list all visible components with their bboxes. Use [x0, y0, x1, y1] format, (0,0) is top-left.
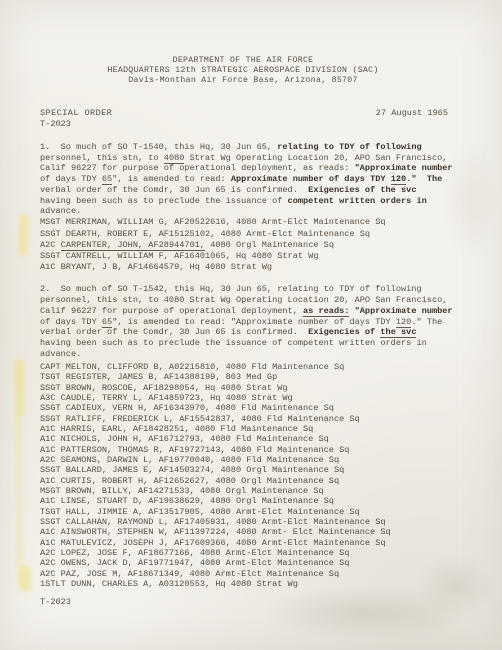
- roster-entry: SSGT CALLAHAN, RAYMOND L, AF17405931, 40…: [40, 517, 460, 527]
- paragraph-line: verbal order of the Comdr, 30 Jun 65 is …: [40, 327, 460, 338]
- paragraph-line: advance.: [40, 206, 460, 217]
- document-header: DEPARTMENT OF THE AIR FORCE HEADQUARTERS…: [0, 56, 486, 85]
- roster-entry: 1STLT DUNN, CHARLES A, A03120553, Hq 408…: [40, 579, 460, 589]
- document-body: 1. So much of SO T-1540, this Hq, 30 Jun…: [40, 142, 460, 589]
- roster-entry: TSGT REGISTER, JAMES B, AF14388199, 803 …: [40, 372, 460, 382]
- header-department: DEPARTMENT OF THE AIR FORCE: [0, 56, 486, 66]
- paragraph-line: 2. So much of SO T-1542, this Hq, 30 Jun…: [40, 284, 460, 295]
- paragraph-2: 2. So much of SO T-1542, this Hq, 30 Jun…: [40, 284, 460, 359]
- highlighter-mark: [17, 359, 25, 417]
- roster-entry: SSGT BROWN, ROSCOE, AF18298054, Hq 4080 …: [40, 383, 460, 393]
- roster-entry: A2C SEAMONS, DARWIN L, AF19770040, 4080 …: [40, 455, 460, 465]
- roster-entry: SSGT DEARTH, ROBERT E, AF15125102, 4080 …: [40, 229, 460, 240]
- roster-entry: A1C AINSWORTH, STEPHEN W, AF11397224, 40…: [40, 527, 460, 537]
- roster-entry: SSGT RATLIFF, FREDERICK L, AF15542837, 4…: [40, 414, 460, 424]
- scan-smudge: [260, 585, 470, 640]
- paragraph-line: of days TDY 65", is amended to read: "Ap…: [40, 317, 460, 328]
- roster-entry: A2C CARPENTER, JOHN, AF28944701, 4080 Or…: [40, 240, 460, 251]
- roster-entry: A1C NICHOLS, JOHN H, AF16712793, 4080 Fl…: [40, 434, 460, 444]
- page-footer-order-number: T-2023: [40, 597, 71, 607]
- header-base-address: Davis-Monthan Air Force Base, Arizona, 8…: [0, 76, 486, 86]
- roster-entry: A1C PATTERSON, THOMAS R, AF19727143, 408…: [40, 445, 460, 455]
- paragraph-line: of days TDY 65", is amended to read: App…: [40, 174, 460, 185]
- roster-entry: A1C MATULEVICZ, JOSEPH J, AF17609366, 40…: [40, 538, 460, 548]
- paragraph-line: Calif 96227 for purpose of operational d…: [40, 163, 460, 174]
- roster-entry: A3C CAUDLE, TERRY L, AF14859723, Hq 4080…: [40, 393, 460, 403]
- paragraph-line: personnel, this stn, to 4080 Strat Wg Op…: [40, 295, 460, 306]
- order-title-row: SPECIAL ORDER T-2023 27 August 1965: [40, 108, 448, 129]
- roster-entry: A1C LINSE, STUART D, AF19638629, 4080 Or…: [40, 496, 460, 506]
- order-date: 27 August 1965: [376, 108, 448, 118]
- roster-entry: SSGT BALLARD, JAMES E, AF14503274, 4080 …: [40, 465, 460, 475]
- roster-entry: A2C OWENS, JACK D, AF19771947, 4080 Armt…: [40, 558, 460, 568]
- paragraph-line: personnel, this stn, to 4080 Strat Wg Op…: [40, 153, 460, 164]
- paragraph-line: having been such as to preclude the issu…: [40, 196, 460, 207]
- roster-entry: SSGT CADIEUX, VERN H, AF16343970, 4080 F…: [40, 403, 460, 413]
- paragraph-line: verbal order of the Comdr, 30 Jun 65 is …: [40, 185, 460, 196]
- highlighter-mark: [13, 357, 24, 585]
- roster-entry: A1C BRYANT, J B, AF14664579, Hq 4080 Str…: [40, 262, 460, 273]
- highlighter-mark: [20, 566, 31, 592]
- paragraph-line: 1. So much of SO T-1540, this Hq, 30 Jun…: [40, 142, 460, 153]
- scanned-document-page: DEPARTMENT OF THE AIR FORCE HEADQUARTERS…: [0, 0, 502, 650]
- roster-entry: A2C PAZ, JOSE M, AF18671349, 4080 Armt-E…: [40, 569, 460, 579]
- header-headquarters: HEADQUARTERS 12th STRATEGIC AEROSPACE DI…: [0, 66, 486, 76]
- roster-entry: TSGT HALL, JIMMIE A, AF13517905, 4080 Ar…: [40, 507, 460, 517]
- roster-entry: CAPT MELTON, CLIFFORD B, A02215810, 4080…: [40, 362, 460, 372]
- roster-entry: MSGT MERRIMAN, WILLIAM G, AF20522616, 40…: [40, 217, 460, 228]
- roster-entry: A1C CURTIS, ROBERT H, AF12652627, 4080 O…: [40, 476, 460, 486]
- paragraph-1: 1. So much of SO T-1540, this Hq, 30 Jun…: [40, 142, 460, 217]
- highlighter-mark: [18, 214, 28, 256]
- roster-entry: MSGT BROWN, BILLY, AF14271533, 4080 Orgl…: [40, 486, 460, 496]
- roster-entry: SSGT CANTRELL, WILLIAM F, AF16401065, Hq…: [40, 251, 460, 262]
- roster-2: CAPT MELTON, CLIFFORD B, A02215810, 4080…: [40, 362, 460, 590]
- roster-entry: A2C LOPEZ, JOSE F, AF18677166, 4080 Armt…: [40, 548, 460, 558]
- paragraph-line: having been such as to preclude the issu…: [40, 338, 460, 349]
- paragraph-line: Calif 96227 for purpose of operational d…: [40, 306, 460, 317]
- roster-entry: A1C HARRIS, EARL, AF18428251, 4080 Fld M…: [40, 424, 460, 434]
- order-number: T-2023: [40, 119, 448, 130]
- paragraph-line: advance.: [40, 349, 460, 360]
- roster-1: MSGT MERRIMAN, WILLIAM G, AF20522616, 40…: [40, 217, 460, 273]
